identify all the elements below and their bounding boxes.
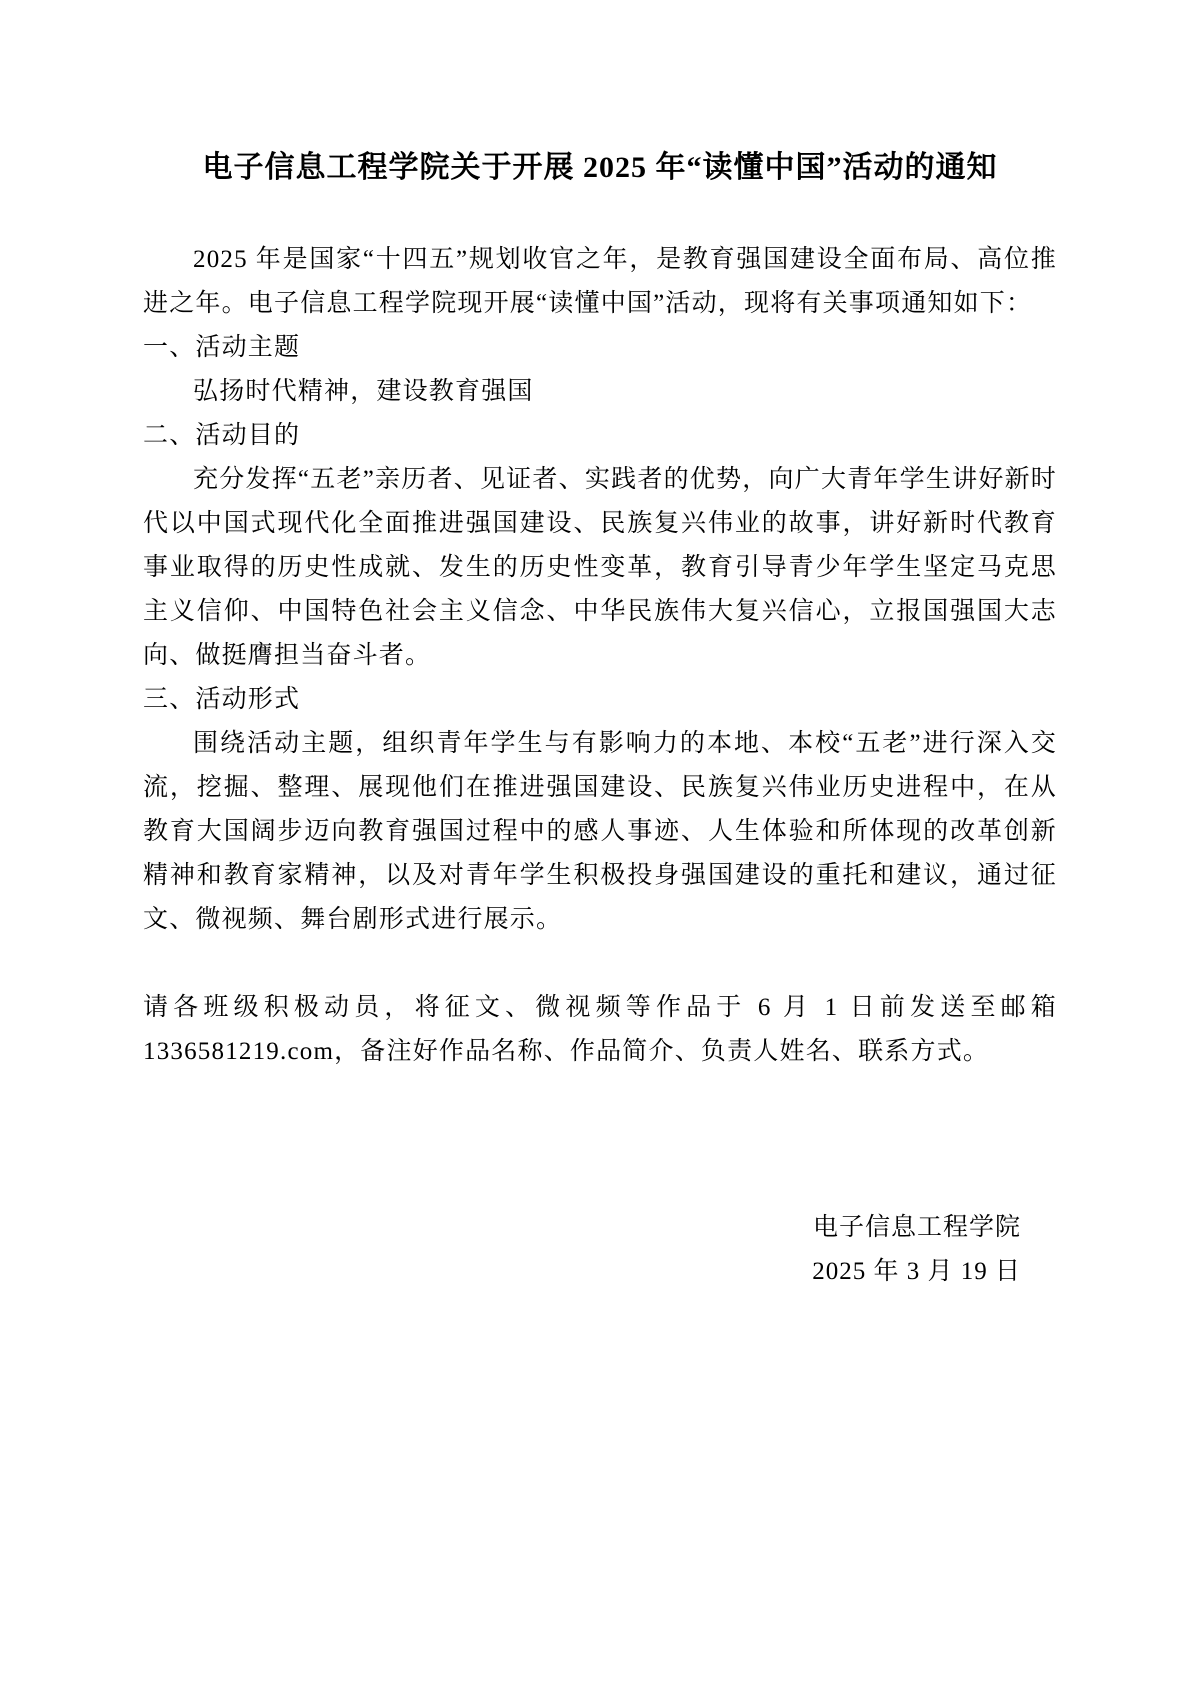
document-title: 电子信息工程学院关于开展 2025 年“读懂中国”活动的通知 xyxy=(143,146,1057,190)
submission-paragraph: 请各班级积极动员，将征文、微视频等作品于 6 月 1 日前发送至邮箱133658… xyxy=(143,986,1057,1074)
blank-line xyxy=(143,942,1057,986)
blank-line xyxy=(143,1162,1057,1206)
section-3-body: 围绕活动主题，组织青年学生与有影响力的本地、本校“五老”进行深入交流，挖掘、整理… xyxy=(143,722,1057,942)
section-1-body: 弘扬时代精神，建设教育强国 xyxy=(143,370,1057,414)
section-1-heading: 一、活动主题 xyxy=(143,326,1057,370)
section-2-body: 充分发挥“五老”亲历者、见证者、实践者的优势，向广大青年学生讲好新时代以中国式现… xyxy=(143,458,1057,678)
blank-line xyxy=(143,1074,1057,1118)
notice-document-page: 电子信息工程学院关于开展 2025 年“读懂中国”活动的通知 2025 年是国家… xyxy=(0,0,1190,1684)
section-3-heading: 三、活动形式 xyxy=(143,678,1057,722)
signature-date: 2025 年 3 月 19 日 xyxy=(143,1250,1057,1294)
intro-paragraph: 2025 年是国家“十四五”规划收官之年，是教育强国建设全面布局、高位推进之年。… xyxy=(143,238,1057,326)
signature-org: 电子信息工程学院 xyxy=(143,1206,1057,1250)
section-2-heading: 二、活动目的 xyxy=(143,414,1057,458)
blank-line xyxy=(143,1118,1057,1162)
